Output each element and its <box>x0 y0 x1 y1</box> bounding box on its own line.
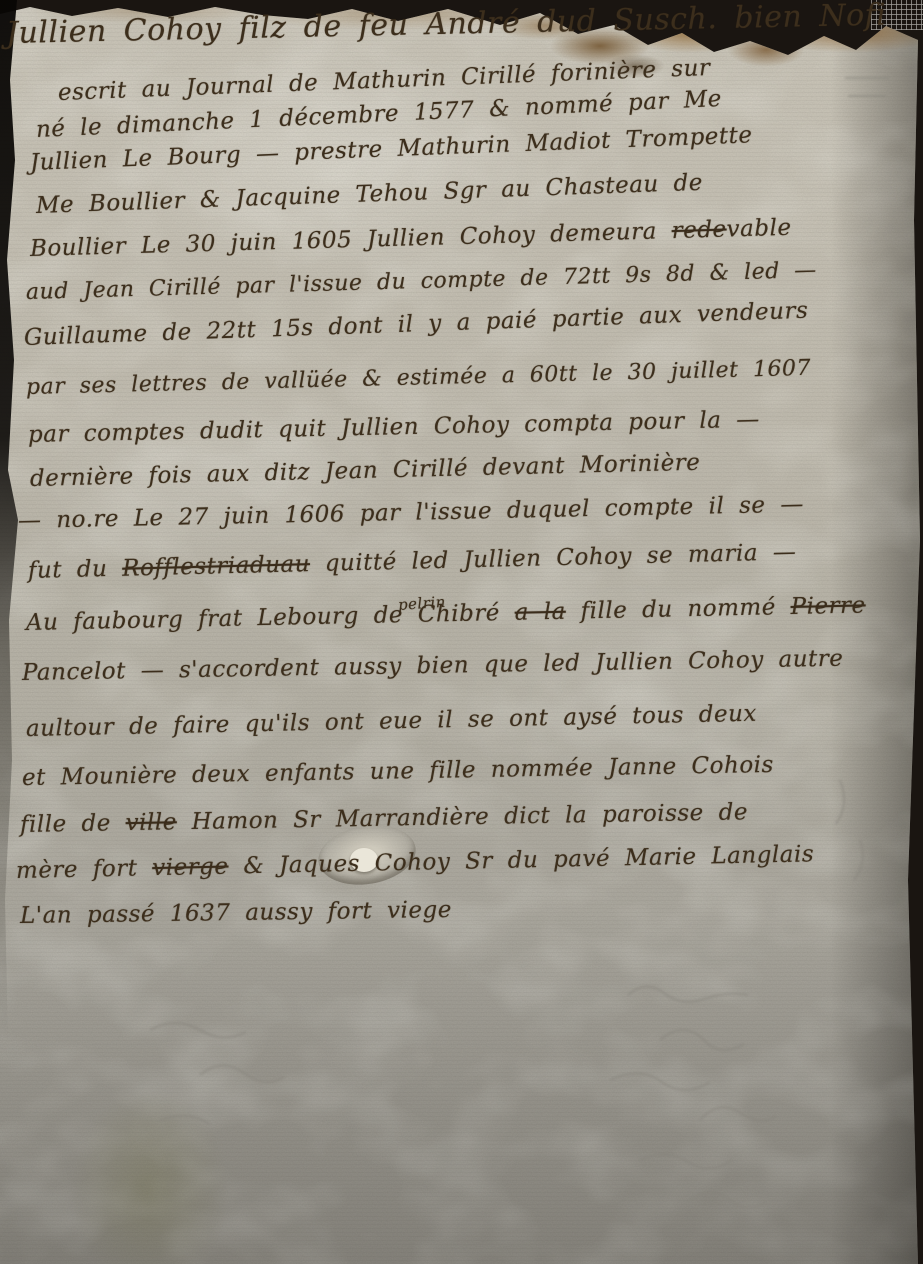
manuscript-line-12: — no.re Le 27 juin 1606 par l'issue duqu… <box>18 492 804 534</box>
manuscript-line-13: fut du Rofflestriaduau quitté led Jullie… <box>28 539 797 584</box>
line-text: vable <box>726 215 792 243</box>
line-text: quitté led Jullien Cohoy se maria — <box>310 539 797 577</box>
line-text: & Jaques Cohoy Sr du pavé Marie Langlais <box>228 841 814 879</box>
line-text: fille de <box>20 810 126 838</box>
manuscript-line-9: par ses lettres de vallüée & estimée a 6… <box>26 356 812 400</box>
line-text: L'an passé 1637 aussy fort viege <box>20 897 452 929</box>
line-text: aud Jean Cirillé par l'issue du compte d… <box>26 258 817 305</box>
line-text: dernière fois aux ditz Jean Cirillé deva… <box>30 450 701 492</box>
struck-text: Pierre <box>790 592 866 620</box>
line-text: fille du nommé <box>566 594 791 625</box>
manuscript-photo: Jullien Cohoy filz de feu André dud Susc… <box>0 0 923 1264</box>
line-text: Pancelot — s'accordent aussy bien que le… <box>22 646 844 686</box>
line-text: fut du <box>28 556 123 584</box>
struck-text: ville <box>125 809 177 836</box>
manuscript-line-1: Jullien Cohoy filz de feu André dud Susc… <box>6 0 887 51</box>
struck-text: Rofflestriaduau <box>122 551 310 582</box>
manuscript-line-15: Pancelot — s'accordent aussy bien que le… <box>22 646 844 686</box>
line-text: mère fort <box>16 855 153 884</box>
line-text: Me Boullier & Jacquine Tehou Sgr au Chas… <box>36 170 704 219</box>
manuscript-line-10: par comptes dudit quit Jullien Cohoy com… <box>28 407 760 448</box>
line-text: Boullier Le 30 juin 1605 Jullien Cohoy d… <box>30 218 672 262</box>
line-text: par ses lettres de vallüée & estimée a 6… <box>26 356 812 400</box>
manuscript-line-11: dernière fois aux ditz Jean Cirillé deva… <box>30 450 701 492</box>
manuscript-line-17: et Mounière deux enfants une fille nommé… <box>22 752 774 791</box>
manuscript-line-16: aultour de faire qu'ils ont eue il se on… <box>26 701 757 742</box>
line-text: Jullien Cohoy filz de feu André dud Susc… <box>6 0 887 51</box>
line-text: Guillaume de 22tt 15s dont il y a paié p… <box>24 298 809 351</box>
manuscript-line-6: Boullier Le 30 juin 1605 Jullien Cohoy d… <box>30 215 792 262</box>
line-text: aultour de faire qu'ils ont eue il se on… <box>26 701 757 742</box>
handwriting-layer: Jullien Cohoy filz de feu André dud Susc… <box>0 0 923 1264</box>
manuscript-line-14: Au faubourg frat Lebourg de Chibré a la … <box>26 592 866 636</box>
struck-text: a la <box>514 599 566 626</box>
manuscript-line-8: Guillaume de 22tt 15s dont il y a paié p… <box>24 298 809 351</box>
manuscript-line-18: fille de ville Hamon Sr Marrandière dict… <box>20 799 748 838</box>
line-text: Hamon Sr Marrandière dict la paroisse de <box>177 799 749 835</box>
manuscript-line-5: Me Boullier & Jacquine Tehou Sgr au Chas… <box>36 170 704 219</box>
struck-text: rede <box>671 217 727 245</box>
manuscript-line-7: aud Jean Cirillé par l'issue du compte d… <box>26 258 817 305</box>
line-text: et Mounière deux enfants une fille nommé… <box>22 752 774 791</box>
interlinear-insertion: pelrin <box>397 593 446 614</box>
manuscript-line-20: L'an passé 1637 aussy fort viege <box>20 897 452 929</box>
line-text: — no.re Le 27 juin 1606 par l'issue duqu… <box>18 492 804 534</box>
manuscript-line-19: mère fort vierge & Jaques Cohoy Sr du pa… <box>16 841 815 884</box>
line-text: par comptes dudit quit Jullien Cohoy com… <box>28 407 760 448</box>
struck-text: vierge <box>152 854 229 882</box>
